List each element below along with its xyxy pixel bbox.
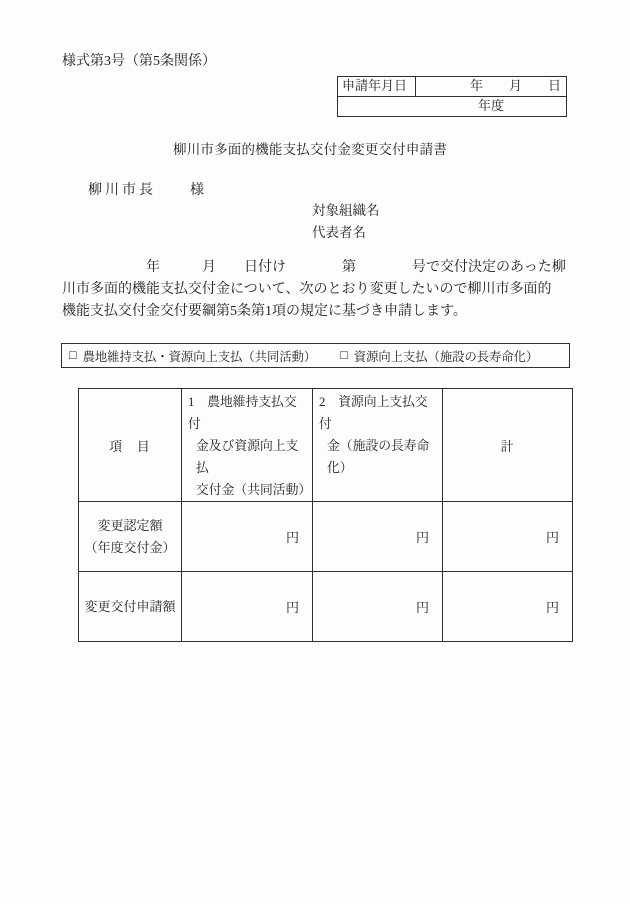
table-header-row: 項 目 1 農地維持支払交付 金及び資源向上支払 交付金（共同活動） 2 資源向… <box>79 389 573 502</box>
application-date-box: 申請年月日 年 月 日 年度 <box>337 76 567 117</box>
amount-cell-yen: 円 <box>443 572 573 642</box>
header-line: 1 農地維持支払交付 <box>188 391 308 435</box>
row-label-line: （年度交付金） <box>79 537 181 559</box>
amount-table: 項 目 1 農地維持支払交付 金及び資源向上支払 交付金（共同活動） 2 資源向… <box>78 388 573 642</box>
document-title: 柳川市多面的機能支払交付金変更交付申請書 <box>173 138 447 158</box>
payment-type-option-chojumyoka: □ 資源向上支払（施設の長寿命化） <box>340 347 538 365</box>
document-page: 様式第3号（第5条関係） 申請年月日 年 月 日 年度 柳川市多面的機能支払交付… <box>0 0 630 903</box>
application-date-value: 年 月 日 <box>416 77 566 96</box>
fiscal-year-cell: 年度 <box>338 97 566 116</box>
header-line: 金（施設の長寿命化） <box>327 435 438 479</box>
body-paragraph: 年 月 日付け 第 号で交付決定のあった柳 川市多面的機能支払交付金について、次… <box>62 257 572 324</box>
row-label-line: 変更交付申請額 <box>79 596 181 618</box>
row-label-cell: 変更認定額 （年度交付金） <box>79 502 182 572</box>
header-line: 2 資源向上支払交付 <box>319 391 438 435</box>
organization-name-label: 対象組織名 <box>312 199 380 219</box>
body-line-2: 川市多面的機能支払交付金について、次のとおり変更したいので柳川市多面的 <box>62 279 572 301</box>
addressee-line: 柳川市長 様 <box>88 179 207 199</box>
header-line: 交付金（共同活動） <box>196 479 308 501</box>
row-label-cell: 変更交付申請額 <box>79 572 182 642</box>
payment-type-option-kyodo: □ 農地維持支払・資源向上支払（共同活動） <box>69 347 316 365</box>
header-nochi-iji-column: 1 農地維持支払交付 金及び資源向上支払 交付金（共同活動） <box>182 389 313 502</box>
row-label-line: 変更認定額 <box>79 515 181 537</box>
amount-cell-yen: 円 <box>313 502 443 572</box>
payment-type-label: 農地維持支払・資源向上支払（共同活動） <box>83 347 317 365</box>
payment-type-label: 資源向上支払（施設の長寿命化） <box>354 347 538 365</box>
header-item-column: 項 目 <box>79 389 182 502</box>
body-line-3: 機能支払交付金交付要綱第5条第1項の規定に基づき申請します。 <box>62 301 572 323</box>
header-total-column: 計 <box>443 389 573 502</box>
table-row-approved-amount: 変更認定額 （年度交付金） 円 円 円 <box>79 502 573 572</box>
checkbox-icon: □ <box>69 348 77 363</box>
application-date-row: 申請年月日 年 月 日 <box>338 77 566 97</box>
amount-cell-yen: 円 <box>182 502 313 572</box>
representative-name-label: 代表者名 <box>312 221 366 241</box>
body-line-1: 年 月 日付け 第 号で交付決定のあった柳 <box>62 257 572 279</box>
checkbox-icon: □ <box>340 348 348 363</box>
application-date-label: 申請年月日 <box>338 77 416 96</box>
header-shigen-kojo-column: 2 資源向上支払交付 金（施設の長寿命化） <box>313 389 443 502</box>
amount-cell-yen: 円 <box>443 502 573 572</box>
table-row-requested-amount: 変更交付申請額 円 円 円 <box>79 572 573 642</box>
form-number: 様式第3号（第5条関係） <box>62 50 216 70</box>
header-line: 金及び資源向上支払 <box>196 435 308 479</box>
payment-type-strip: □ 農地維持支払・資源向上支払（共同活動） □ 資源向上支払（施設の長寿命化） <box>61 343 570 368</box>
amount-cell-yen: 円 <box>313 572 443 642</box>
amount-cell-yen: 円 <box>182 572 313 642</box>
